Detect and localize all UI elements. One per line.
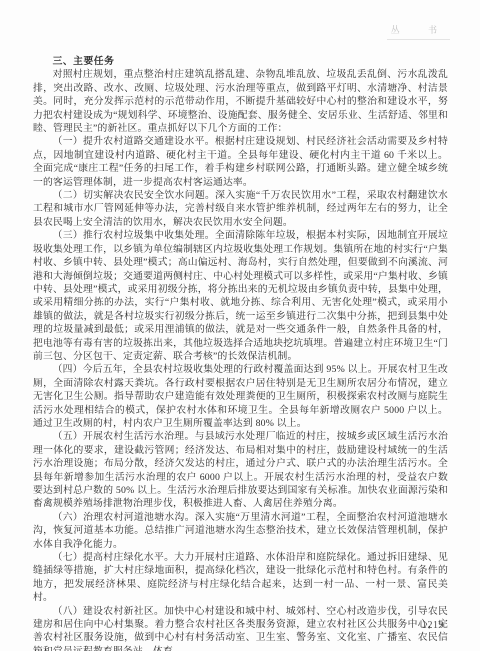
book-page: 丛 书 三、主要任务 对照村庄规划，重点整治村庄建筑乱搭乱建、杂物乱堆乱放、垃圾… [0,0,480,651]
document-body: 三、主要任务 对照村庄规划，重点整治村庄建筑乱搭乱建、杂物乱堆乱放、垃圾乱丢乱倒… [33,55,448,651]
running-header: 丛 书 [387,23,450,40]
paragraph-item-7: （七）提高村庄绿化水平。大力开展村庄道路、水体沿岸和庭院绿化。通过拆旧建绿、见缝… [33,551,448,605]
paragraph-item-4: （四）今后五年，全县农村垃圾收集处理的行政村覆盖面达到 95% 以上。开展农村卫… [33,363,448,430]
paragraph-item-8: （八）建设农村新社区。加快中心村建设和城中村、城郊村、空心村改造步伐，引导农民建… [33,605,448,651]
section-heading: 三、主要任务 [33,55,448,68]
paragraph-item-6: （六）治理农村河道池塘水沟。深入实施“万里清水河道”工程，全面整治农村河道池塘水… [33,511,448,551]
paragraph-item-3: （三）推行农村垃圾集中收集处理。全面清除陈年垃圾，根据本村实际，因地制宜开展垃圾… [33,229,448,363]
page-number: 1219 [422,620,444,631]
paragraph-item-2: （二）切实解决农民安全饮水问题。深入实施“千万农民饮用水”工程，采取农村翻建饮水… [33,189,448,229]
paragraph-intro: 对照村庄规划，重点整治村庄建筑乱搭乱建、杂物乱堆乱放、垃圾乱丢乱倒、污水乱泼乱排… [33,68,448,135]
paragraph-item-5: （五）开展农村生活污水治理。与县域污水处理厂临近的村庄，按城乡或区域生活污水治理… [33,430,448,510]
paragraph-item-1: （一）提升农村道路交通建设水平。根据村庄建设规划、村民经济社会活动需要及乡村特点… [33,135,448,189]
